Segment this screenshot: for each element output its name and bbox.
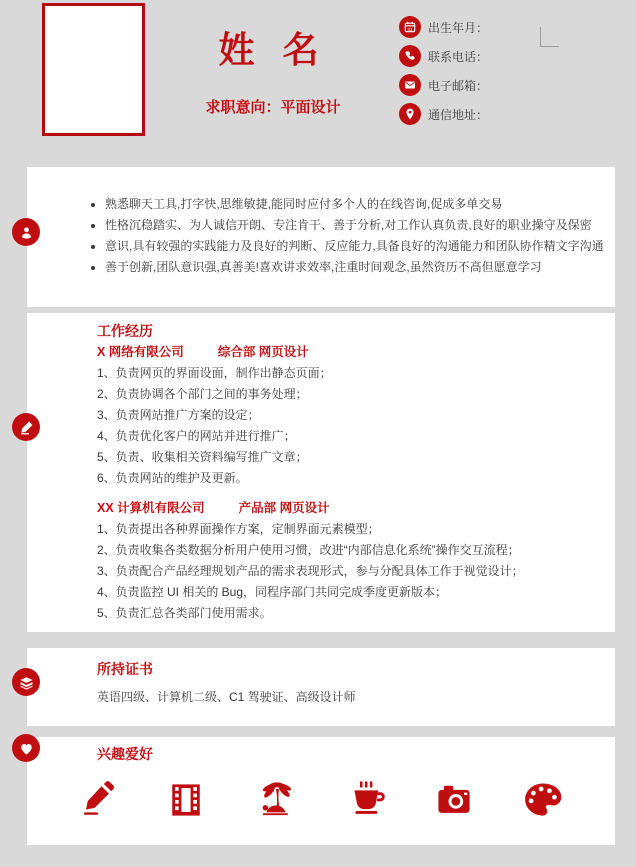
duty-item: 3、负责配合产品经理规划产品的需求表现形式，参与分配具体工作于视觉设计； [97,561,597,582]
certificates-section-badge [12,668,40,696]
photo-placeholder [42,3,145,136]
duty-item: 2、负责收集各类数据分析用户使用习惯，改进“内部信息化系统”操作交互流程； [97,540,597,561]
duty-list: 1、负责提出各种界面操作方案，定制界面元素模型； 2、负责收集各类数据分析用户使… [97,519,597,624]
duty-item: 2、负责协调各个部门之间的事务处理； [97,384,597,405]
job-company: X 网络有限公司 [97,345,184,359]
svg-text:31: 31 [407,27,413,32]
hobbies-title: 兴趣爱好 [97,745,615,764]
duty-item: 5、负责汇总各类部门使用需求。 [97,603,597,624]
duty-item: 1、负责网页的界面设面，制作出静态页面； [97,363,597,384]
hobby-coffee-icon [343,778,387,822]
hobby-film-icon [164,778,208,822]
heart-icon [18,740,35,757]
contact-row-phone: 联系电话： [399,45,488,67]
profile-bullet: 熟悉聊天工具,打字快,思维敏捷,能同时应付多个人的在线咨询,促成多单交易 [105,194,615,215]
hobby-palette-icon [521,778,565,822]
phone-icon [399,45,421,67]
profile-bullet: 性格沉稳踏实、为人诚信开朗、专注肯干、善于分析,对工作认真负责,良好的职业操守及… [105,215,615,236]
job-block-2: XX 计算机有限公司产品部 网页设计 1、负责提出各种界面操作方案，定制界面元素… [97,500,597,624]
duty-item: 4、负责监控 UI 相关的 Bug，同程序部门共同完成季度更新版本； [97,582,597,603]
pencil-icon [18,419,35,436]
books-icon [18,674,35,691]
job-company: XX 计算机有限公司 [97,501,205,515]
profile-section-badge [12,218,40,246]
profile-bullet: 意识,具有较强的实践能力及良好的判断、反应能力,具备良好的沟通能力和团队协作精文… [105,236,615,257]
certificates-text: 英语四级、计算机二级、C1 驾驶证、高级设计师 [97,689,597,706]
experience-card: 工作经历 X 网络有限公司综合部 网页设计 1、负责网页的界面设面，制作出静态页… [27,313,615,632]
hobby-camera-icon [432,778,476,822]
experience-section-badge [12,413,40,441]
hobbies-card: 兴趣爱好 [27,737,615,845]
job-header: XX 计算机有限公司产品部 网页设计 [97,500,597,517]
contact-label: 出生年月： [428,19,488,36]
duty-list: 1、负责网页的界面设面，制作出静态页面； 2、负责协调各个部门之间的事务处理； … [97,363,597,489]
duty-item: 1、负责提出各种界面操作方案，定制界面元素模型； [97,519,597,540]
contact-row-birth: 31 出生年月： [399,16,488,38]
contact-label: 联系电话： [428,48,488,65]
profile-bullet: 善于创新,团队意识强,真善美!喜欢讲求效率,注重时间观念,虽然资历不高但愿意学习 [105,257,615,278]
job-intention: 求职意向：平面设计 [168,96,378,117]
job-header: X 网络有限公司综合部 网页设计 [97,344,597,361]
job-department: 产品部 网页设计 [239,501,330,515]
text-boundary-corner-mark [540,27,559,47]
hobbies-section-badge [12,734,40,762]
experience-title: 工作经历 [97,322,597,341]
job-department: 综合部 网页设计 [218,345,309,359]
page-title: 姓 名 [168,22,378,73]
contact-label: 通信地址： [428,106,488,123]
user-icon [18,224,35,241]
contact-info: 31 出生年月： 联系电话： 电子邮箱： [399,16,488,132]
hobby-icon-row [27,778,615,822]
certificates-title: 所持证书 [97,660,597,679]
duty-item: 6、负责网站的维护及更新。 [97,468,597,489]
hobby-palm-island-icon [253,778,297,822]
location-icon [399,103,421,125]
calendar-icon: 31 [399,16,421,38]
certificates-card: 所持证书 英语四级、计算机二级、C1 驾驶证、高级设计师 [27,648,615,726]
duty-item: 4、负责优化客户的网站并进行推广； [97,426,597,447]
duty-item: 5、负责、收集相关资料编写推广文章； [97,447,597,468]
duty-item: 3、负责网站推广方案的设定； [97,405,597,426]
contact-label: 电子邮箱： [428,77,488,94]
profile-card: 熟悉聊天工具,打字快,思维敏捷,能同时应付多个人的在线咨询,促成多单交易 性格沉… [27,167,615,307]
job-block-1: X 网络有限公司综合部 网页设计 1、负责网页的界面设面，制作出静态页面； 2、… [97,344,597,489]
mail-icon [399,74,421,96]
contact-row-email: 电子邮箱： [399,74,488,96]
profile-bullet-list: 熟悉聊天工具,打字快,思维敏捷,能同时应付多个人的在线咨询,促成多单交易 性格沉… [27,194,615,278]
resume-page: 姓 名 求职意向：平面设计 31 出生年月： 联系电话： [0,0,636,867]
hobby-pencil-icon [75,778,119,822]
contact-row-address: 通信地址： [399,103,488,125]
